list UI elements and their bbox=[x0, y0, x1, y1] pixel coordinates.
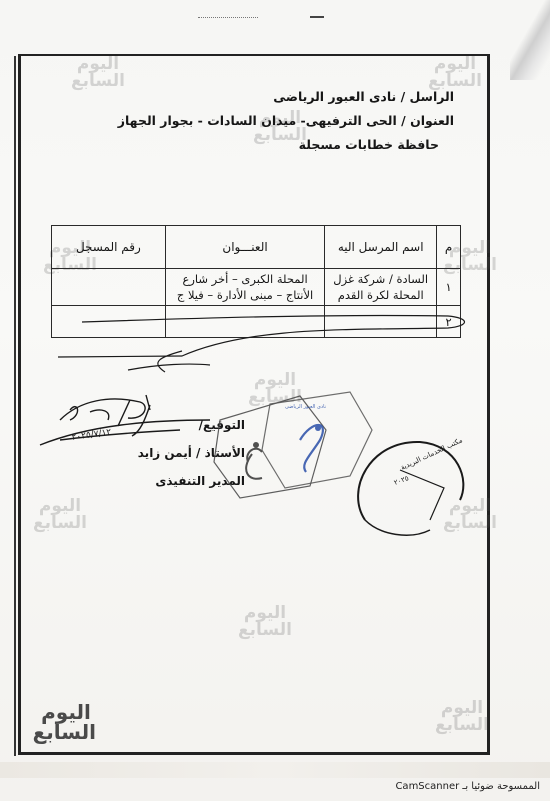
row-index: ١ bbox=[437, 269, 461, 306]
left-edge-line bbox=[14, 56, 16, 756]
letter-header: الراسل / نادى العبور الرياضى العنوان / ا… bbox=[118, 88, 454, 154]
header-index: م bbox=[437, 226, 461, 269]
camscanner-footer: الممسوحة ضوئيا بـ CamScanner bbox=[395, 781, 540, 792]
watermark-line2: السابع bbox=[238, 620, 292, 640]
signature-label: التوقيع/ bbox=[199, 418, 245, 432]
table-row: ٢ bbox=[52, 306, 461, 338]
separator: / bbox=[397, 113, 406, 128]
address-line: العنوان / الحى الترفيهى- ميدان السادات -… bbox=[118, 112, 454, 130]
recipient-cell bbox=[325, 306, 437, 338]
watermark-logo: اليوم السابع bbox=[30, 498, 90, 540]
scanned-page: اليوم السابع اليوم السابع اليوم السابع ا… bbox=[0, 0, 550, 801]
header-address: العنـــوان bbox=[165, 226, 325, 269]
sender-value: نادى العبور الرياضى bbox=[273, 89, 396, 104]
address-cell: المحلة الكبرى – أخر شارع الأنتاج – مبنى … bbox=[165, 269, 325, 306]
registered-letters-table: م اسم المرسل اليه العنـــوان رقم المسجل … bbox=[51, 225, 461, 338]
watermark-line2: السابع bbox=[33, 720, 96, 744]
watermark-logo-primary: اليوم السابع bbox=[36, 702, 96, 744]
signature-block: التوقيع/ الأستاذ / أيمن زايد المدير التن… bbox=[125, 418, 245, 498]
top-dash-mark bbox=[310, 16, 324, 18]
separator: / bbox=[396, 89, 405, 104]
row-index: ٢ bbox=[437, 306, 461, 338]
watermark-line2: السابع bbox=[435, 715, 489, 735]
signatory-name: الأستاذ / أيمن زايد bbox=[138, 446, 245, 460]
scan-shadow-band bbox=[0, 762, 550, 778]
sender-label: الراسل bbox=[410, 89, 455, 104]
watermark-logo: اليوم السابع bbox=[440, 498, 500, 540]
address-value: الحى الترفيهى- ميدان السادات - بجوار الج… bbox=[118, 113, 397, 128]
registration-no-cell bbox=[52, 269, 166, 306]
page-curl-shadow bbox=[510, 0, 550, 80]
watermark-logo: اليوم السابع bbox=[245, 372, 305, 414]
watermark-line2: السابع bbox=[443, 513, 497, 533]
table-row: ١ السادة / شركة غزل المحلة لكرة القدم ال… bbox=[52, 269, 461, 306]
top-faint-mark bbox=[198, 17, 258, 20]
address-label: العنوان bbox=[410, 113, 454, 128]
watermark-logo: اليوم السابع bbox=[432, 700, 492, 742]
recipient-line2: المحلة لكرة القدم bbox=[331, 287, 430, 303]
watermark-line2: السابع bbox=[248, 387, 302, 407]
recipient-cell: السادة / شركة غزل المحلة لكرة القدم bbox=[325, 269, 437, 306]
address-cell bbox=[165, 306, 325, 338]
signatory-role: المدير التنفيذى bbox=[155, 474, 245, 488]
recipient-line1: السادة / شركة غزل bbox=[331, 271, 430, 287]
table-header-row: م اسم المرسل اليه العنـــوان رقم المسجل bbox=[52, 226, 461, 269]
header-registration-no: رقم المسجل bbox=[52, 226, 166, 269]
document-title: حافظة خطابات مسجلة bbox=[118, 136, 454, 154]
address-line2: الأنتاج – مبنى الأدارة – فيلا ج bbox=[172, 287, 319, 303]
registration-no-cell bbox=[52, 306, 166, 338]
header-recipient: اسم المرسل اليه bbox=[325, 226, 437, 269]
watermark-logo: اليوم السابع bbox=[235, 605, 295, 647]
watermark-line2: السابع bbox=[33, 513, 87, 533]
address-line1: المحلة الكبرى – أخر شارع bbox=[172, 271, 319, 287]
sender-line: الراسل / نادى العبور الرياضى bbox=[118, 88, 454, 106]
